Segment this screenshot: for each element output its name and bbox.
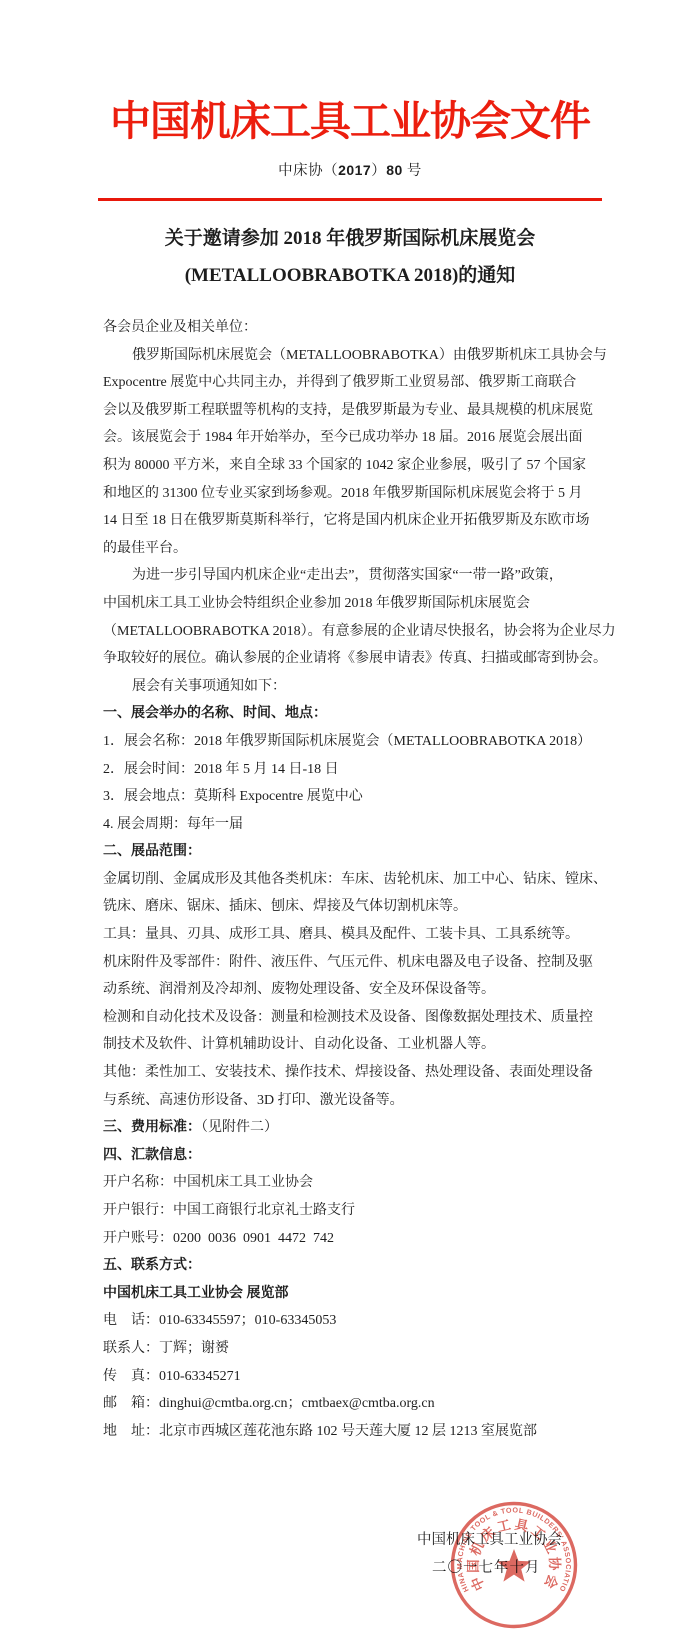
text-segment: 其他：柔性加工、安装技术、操作技术、焊接设备、热处理设备、表面处理设备: [103, 1065, 593, 1080]
text-segment: 金属切削、金属成形及其他各类机床：车床、齿轮机床、加工中心、钻床、镗床、: [103, 872, 607, 887]
text-segment: 各会员企业及相关单位：: [103, 320, 257, 335]
text-segment: 开户名称：中国机床工具工业协会: [103, 1175, 313, 1190]
body-line: 二、展品范围：: [103, 838, 603, 866]
doc-number: 中床协（2017）80 号: [278, 161, 422, 180]
body-line: 传 真：010-63345271: [103, 1363, 603, 1391]
body-line: 邮 箱：dinghui@cmtba.org.cn；cmtbaex@cmtba.o…: [103, 1390, 603, 1418]
text-segment: 俄罗斯国际机床展览会（METALLOOBRABOTKA）由俄罗斯机床工具协会与: [132, 348, 607, 363]
body-line: 和地区的 31300 位专业买家到场参观。2018 年俄罗斯国际机床展览会将于 …: [103, 480, 603, 508]
body-line: 3．展会地点：莫斯科 Expocentre 展览中心: [103, 783, 603, 811]
text-segment: 与系统、高速仿形设备、3D 打印、激光设备等。: [103, 1093, 404, 1108]
text-segment: 开户账号：0200 0036 0901 4472 742: [103, 1231, 334, 1246]
text-segment: 争取较好的展位。确认参展的企业请将《参展申请表》传真、扫描或邮寄到协会。: [103, 651, 607, 666]
body-line: 为进一步引导国内机床企业“走出去”，贯彻落实国家“一带一路”政策，: [103, 562, 603, 590]
body-line: 4. 展会周期：每年一届: [103, 811, 603, 839]
body-line: 中国机床工具工业协会特组织企业参加 2018 年俄罗斯国际机床展览会: [103, 590, 603, 618]
body-line: 开户账号：0200 0036 0901 4472 742: [103, 1225, 603, 1253]
text-segment: 积为 80000 平方米，来自全球 33 个国家的 1042 家企业参展，吸引了…: [103, 458, 586, 473]
body-line: 地 址：北京市西城区莲花池东路 102 号天莲大厦 12 层 1213 室展览部: [103, 1418, 603, 1446]
body-line: 三、费用标准：（见附件二）: [103, 1114, 603, 1142]
body-lines: 各会员企业及相关单位：俄罗斯国际机床展览会（METALLOOBRABOTKA）由…: [103, 314, 603, 1445]
official-seal: CHINA MACHINE TOOL & TOOL BUILDERS' ASSO…: [449, 1500, 579, 1630]
body-line: 开户银行：中国工商银行北京礼士路支行: [103, 1197, 603, 1225]
text-segment: ）: [371, 163, 386, 179]
text-segment: 2017: [338, 162, 371, 178]
text-segment: 4. 展会周期：每年一届: [103, 817, 243, 832]
notice-title: 关于邀请参加 2018 年俄罗斯国际机床展览会 (METALLOOBRABOTK…: [0, 220, 700, 294]
body-line: 展会有关事项通知如下：: [103, 673, 603, 701]
text-segment: 二、展品范围：: [103, 844, 201, 859]
text-segment: 1．展会名称：2018 年俄罗斯国际机床展览会（METALLOOBRABOTKA…: [103, 734, 591, 749]
text-segment: 80: [386, 162, 403, 178]
text-segment: 中国机床工具工业协会特组织企业参加 2018 年俄罗斯国际机床展览会: [103, 596, 530, 611]
text-segment: 一、展会举办的名称、时间、地点：: [103, 706, 327, 721]
body-line: 金属切削、金属成形及其他各类机床：车床、齿轮机床、加工中心、钻床、镗床、: [103, 866, 603, 894]
text-segment: 展会有关事项通知如下：: [132, 679, 286, 694]
document-page: 中国机床工具工业协会文件 中床协（2017）80 号 关于邀请参加 2018 年…: [0, 0, 700, 1635]
body-line: 与系统、高速仿形设备、3D 打印、激光设备等。: [103, 1087, 603, 1115]
body-line: 电 话：010-63345597；010-63345053: [103, 1307, 603, 1335]
text-segment: 制技术及软件、计算机辅助设计、自动化设备、工业机器人等。: [103, 1037, 495, 1052]
text-segment: 为进一步引导国内机床企业“走出去”，贯彻落实国家“一带一路”政策，: [132, 568, 563, 583]
text-segment: 联系人：丁辉；谢赟: [103, 1341, 229, 1356]
body-line: 积为 80000 平方米，来自全球 33 个国家的 1042 家企业参展，吸引了…: [103, 452, 603, 480]
text-segment: 中国机床工具工业协会 展览部: [103, 1286, 289, 1301]
body-line: 制技术及软件、计算机辅助设计、自动化设备、工业机器人等。: [103, 1031, 603, 1059]
body-line: 的最佳平台。: [103, 535, 603, 563]
text-segment: 的最佳平台。: [103, 541, 187, 556]
body-line: 俄罗斯国际机床展览会（METALLOOBRABOTKA）由俄罗斯机床工具协会与: [103, 342, 603, 370]
body-line: 争取较好的展位。确认参展的企业请将《参展申请表》传真、扫描或邮寄到协会。: [103, 645, 603, 673]
text-segment: （见附件二）: [201, 1120, 278, 1135]
text-segment: 铣床、磨床、锯床、插床、刨床、焊接及气体切割机床等。: [103, 899, 467, 914]
text-segment: 和地区的 31300 位专业买家到场参观。2018 年俄罗斯国际机床展览会将于 …: [103, 486, 583, 501]
notice-title-line2: (METALLOOBRABOTKA 2018)的通知: [0, 257, 700, 294]
text-segment: 地 址：北京市西城区莲花池东路 102 号天莲大厦 12 层 1213 室展览部: [103, 1424, 537, 1439]
text-segment: 会。该展览会于 1984 年开始举办，至今已成功举办 18 届。2016 展览会…: [103, 430, 583, 445]
text-segment: 3．展会地点：莫斯科 Expocentre 展览中心: [103, 789, 363, 804]
body-line: 铣床、磨床、锯床、插床、刨床、焊接及气体切割机床等。: [103, 893, 603, 921]
notice-title-line1: 关于邀请参加 2018 年俄罗斯国际机床展览会: [0, 220, 700, 257]
text-segment: 邮 箱：dinghui@cmtba.org.cn；cmtbaex@cmtba.o…: [103, 1396, 435, 1411]
body-line: 2．展会时间：2018 年 5 月 14 日-18 日: [103, 756, 603, 784]
body-line: 机床附件及零部件：附件、液压件、气压元件、机床电器及电子设备、控制及驱: [103, 949, 603, 977]
red-divider: [98, 198, 602, 201]
body-line: 四、汇款信息：: [103, 1142, 603, 1170]
text-segment: 检测和自动化技术及设备：测量和检测技术及设备、图像数据处理技术、质量控: [103, 1010, 593, 1025]
body-line: 工具：量具、刃具、成形工具、磨具、模具及配件、工装卡具、工具系统等。: [103, 921, 603, 949]
text-segment: 五、联系方式：: [103, 1258, 201, 1273]
body-line: 开户名称：中国机床工具工业协会: [103, 1169, 603, 1197]
body-line: 14 日至 18 日在俄罗斯莫斯科举行，它将是国内机床企业开拓俄罗斯及东欧市场: [103, 507, 603, 535]
body-line: 一、展会举办的名称、时间、地点：: [103, 700, 603, 728]
text-segment: 传 真：010-63345271: [103, 1369, 241, 1384]
text-segment: 机床附件及零部件：附件、液压件、气压元件、机床电器及电子设备、控制及驱: [103, 955, 593, 970]
body-line: （METALLOOBRABOTKA 2018）。有意参展的企业请尽快报名，协会将…: [103, 618, 603, 646]
text-segment: 开户银行：中国工商银行北京礼士路支行: [103, 1203, 355, 1218]
body-line: 会以及俄罗斯工程联盟等机构的支持，是俄罗斯最为专业、最具规模的机床展览: [103, 397, 603, 425]
body-line: Expocentre 展览中心共同主办，并得到了俄罗斯工业贸易部、俄罗斯工商联合: [103, 369, 603, 397]
body-line: 检测和自动化技术及设备：测量和检测技术及设备、图像数据处理技术、质量控: [103, 1004, 603, 1032]
body-line: 1．展会名称：2018 年俄罗斯国际机床展览会（METALLOOBRABOTKA…: [103, 728, 603, 756]
text-segment: 号: [403, 163, 422, 179]
text-segment: 动系统、润滑剂及冷却剂、废物处理设备、安全及环保设备等。: [103, 982, 495, 997]
org-banner-title: 中国机床工具工业协会文件: [0, 96, 700, 146]
text-segment: 14 日至 18 日在俄罗斯莫斯科举行，它将是国内机床企业开拓俄罗斯及东欧市场: [103, 513, 590, 528]
text-segment: （METALLOOBRABOTKA 2018）。有意参展的企业请尽快报名，协会将…: [103, 624, 616, 639]
body-line: 其他：柔性加工、安装技术、操作技术、焊接设备、热处理设备、表面处理设备: [103, 1059, 603, 1087]
body-line: 中国机床工具工业协会 展览部: [103, 1280, 603, 1308]
text-segment: Expocentre 展览中心共同主办，并得到了俄罗斯工业贸易部、俄罗斯工商联合: [103, 375, 576, 390]
text-segment: 会以及俄罗斯工程联盟等机构的支持，是俄罗斯最为专业、最具规模的机床展览: [103, 403, 593, 418]
text-segment: 中床协（: [278, 163, 338, 179]
text-segment: 2．展会时间：2018 年 5 月 14 日-18 日: [103, 762, 339, 777]
body-line: 各会员企业及相关单位：: [103, 314, 603, 342]
body-line: 五、联系方式：: [103, 1252, 603, 1280]
text-segment: 三、费用标准：: [103, 1120, 201, 1135]
body-line: 动系统、润滑剂及冷却剂、废物处理设备、安全及环保设备等。: [103, 976, 603, 1004]
star-icon: [497, 1549, 531, 1582]
text-segment: 四、汇款信息：: [103, 1148, 201, 1163]
body-line: 会。该展览会于 1984 年开始举办，至今已成功举办 18 届。2016 展览会…: [103, 424, 603, 452]
body-line: 联系人：丁辉；谢赟: [103, 1335, 603, 1363]
text-segment: 电 话：010-63345597；010-63345053: [103, 1313, 336, 1328]
text-segment: 工具：量具、刃具、成形工具、磨具、模具及配件、工装卡具、工具系统等。: [103, 927, 579, 942]
